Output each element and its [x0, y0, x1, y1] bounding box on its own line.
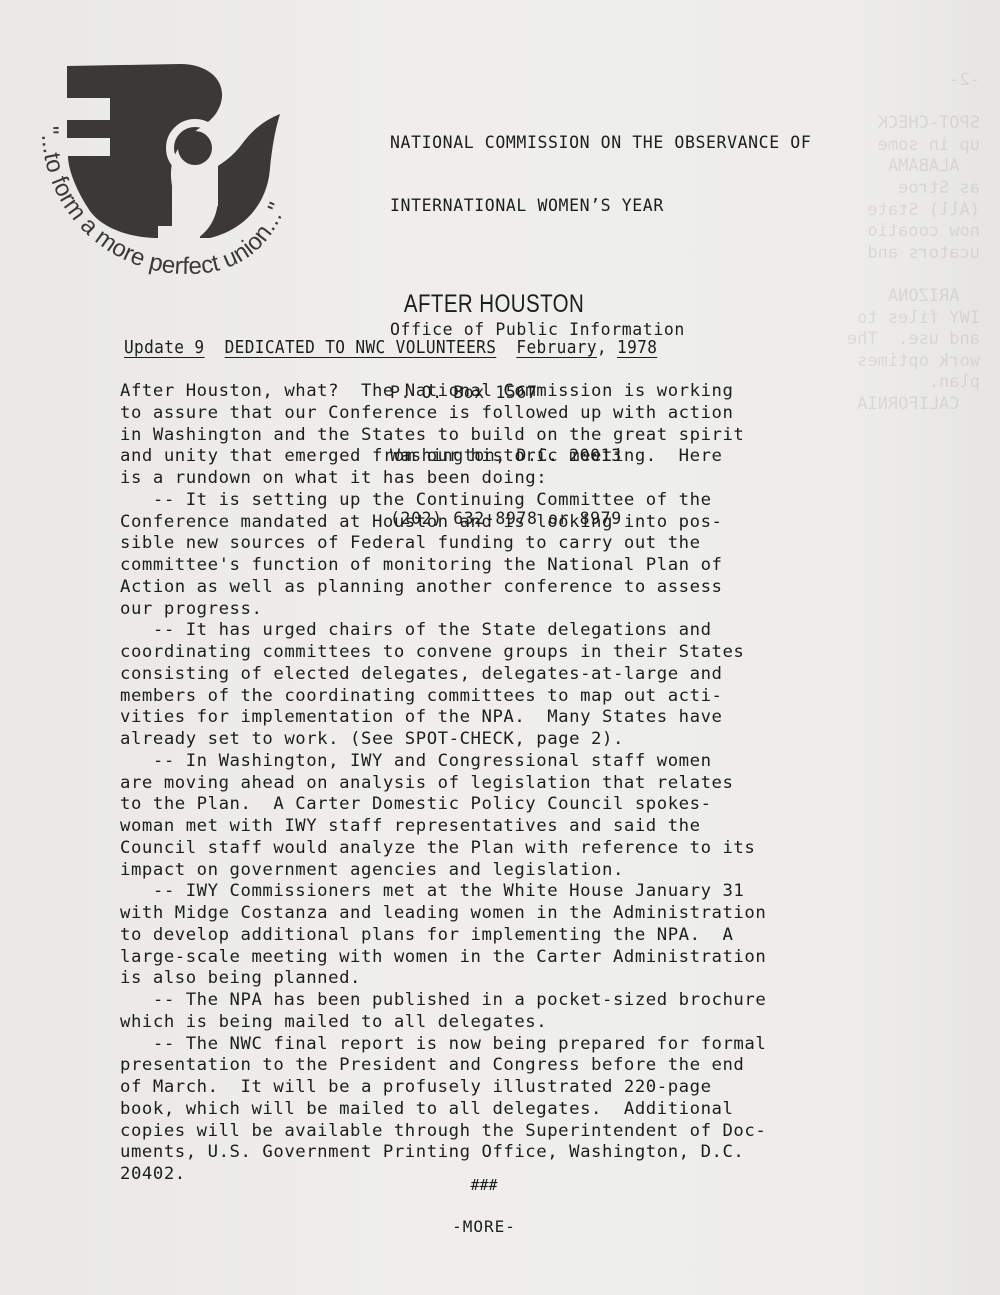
- body-line: copies will be available through the Sup…: [120, 1121, 766, 1143]
- org-name-line1: NATIONAL COMMISSION ON THE OBSERVANCE OF: [390, 132, 811, 153]
- body-line: -- It is setting up the Continuing Commi…: [120, 490, 766, 512]
- body-line: of March. It will be a profusely illustr…: [120, 1077, 766, 1099]
- body-line: vities for implementation of the NPA. Ma…: [120, 707, 766, 729]
- body-line: to the Plan. A Carter Domestic Policy Co…: [120, 794, 766, 816]
- body-line: and unity that emerged from our historic…: [120, 446, 766, 468]
- body-line: large-scale meeting with women in the Ca…: [120, 947, 766, 969]
- body-line: -- The NWC final report is now being pre…: [120, 1034, 766, 1056]
- body-line: woman met with IWY staff representatives…: [120, 816, 766, 838]
- body-line: Action as well as planning another confe…: [120, 577, 766, 599]
- body-line: consisting of elected delegates, delegat…: [120, 664, 766, 686]
- body-line: presentation to the President and Congre…: [120, 1055, 766, 1077]
- iwy-dove-venus-emblem-icon: "...to form a more perfect union...": [30, 48, 330, 288]
- document-title: AFTER HOUSTON: [84, 290, 904, 319]
- body-line: committee's function of monitoring the N…: [120, 555, 766, 577]
- body-line: coordinating committees to convene group…: [120, 642, 766, 664]
- update-number: Update 9: [124, 338, 205, 358]
- body-line: to assure that our Conference is followe…: [120, 403, 766, 425]
- body-line: Conference mandated at Houston and is lo…: [120, 512, 766, 534]
- update-line: Update 9 DEDICATED TO NWC VOLUNTEERS Feb…: [124, 338, 657, 358]
- body-line: which is being mailed to all delegates.: [120, 1012, 766, 1034]
- body-line: is also being planned.: [120, 968, 766, 990]
- body-line: -- In Washington, IWY and Congressional …: [120, 751, 766, 773]
- org-name-line2: INTERNATIONAL WOMEN’S YEAR: [390, 195, 811, 216]
- body-line: -- It has urged chairs of the State dele…: [120, 620, 766, 642]
- body-line: members of the coordinating committees t…: [120, 686, 766, 708]
- body-line: Council staff would analyze the Plan wit…: [120, 838, 766, 860]
- body-line: impact on government agencies and legisl…: [120, 860, 766, 882]
- continuation-marker: -MORE-: [0, 1217, 968, 1236]
- body-line: our progress.: [120, 599, 766, 621]
- separator: ,: [597, 338, 607, 358]
- body-line: in Washington and the States to build on…: [120, 425, 766, 447]
- end-mark: ###: [0, 1176, 968, 1194]
- body-line: -- IWY Commissioners met at the White Ho…: [120, 881, 766, 903]
- body-line: uments, U.S. Government Printing Office,…: [120, 1142, 766, 1164]
- body-line: sible new sources of Federal funding to …: [120, 533, 766, 555]
- body-line: with Midge Costanza and leading women in…: [120, 903, 766, 925]
- year: 1978: [617, 338, 657, 358]
- body-line: -- The NPA has been published in a pocke…: [120, 990, 766, 1012]
- body-line: are moving ahead on analysis of legislat…: [120, 773, 766, 795]
- body-line: to develop additional plans for implemen…: [120, 925, 766, 947]
- body-line: already set to work. (See SPOT-CHECK, pa…: [120, 729, 766, 751]
- month: February: [516, 338, 597, 358]
- body-line: is a rundown on what it has been doing:: [120, 468, 766, 490]
- body-text: After Houston, what? The National Commis…: [120, 381, 766, 1186]
- document-page: -2- SPOT-CHECK up in some ALABAMA as Str…: [0, 0, 1000, 1295]
- body-line: After Houston, what? The National Commis…: [120, 381, 766, 403]
- body-line: book, which will be mailed to all delega…: [120, 1099, 766, 1121]
- dedication: DEDICATED TO NWC VOLUNTEERS: [225, 338, 497, 358]
- office-name: Office of Public Information: [390, 319, 811, 340]
